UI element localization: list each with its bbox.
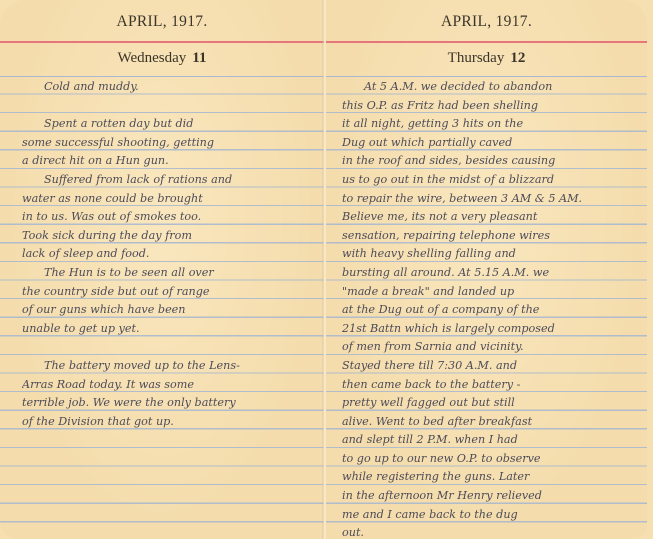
handwritten-line: out. <box>342 524 635 539</box>
weekday-label: Thursday <box>448 50 505 66</box>
handwritten-line: "made a break" and landed up <box>342 283 635 302</box>
handwritten-line: Believe me, its not a very pleasant <box>342 208 635 227</box>
handwritten-line: Dug out which partially caved <box>342 134 635 153</box>
handwritten-line: some successful shooting, getting <box>22 134 312 153</box>
handwritten-line: unable to get up yet. <box>22 320 312 339</box>
handwritten-line: to repair the wire, between 3 AM & 5 AM. <box>342 190 635 209</box>
handwritten-line: alive. Went to bed after breakfast <box>342 413 635 432</box>
handwritten-line: it all night, getting 3 hits on the <box>342 115 635 134</box>
diary-entry-text: Cold and muddy. Spent a rotten day but d… <box>22 78 312 431</box>
handwritten-line: the country side but out of range <box>22 283 312 302</box>
right-page: APRIL, 1917. Thursday12 At 5 A.M. we dec… <box>326 0 647 539</box>
handwritten-line: in the roof and sides, besides causing <box>342 152 635 171</box>
handwritten-line: The battery moved up to the Lens- <box>22 357 312 376</box>
handwritten-line: and slept till 2 P.M. when I had <box>342 431 635 450</box>
handwritten-line: of men from Sarnia and vicinity. <box>342 338 635 357</box>
weekday-label: Wednesday <box>118 50 187 66</box>
day-number: 11 <box>192 50 206 66</box>
day-heading: Wednesday11 <box>0 50 324 67</box>
handwritten-line: Suffered from lack of rations and <box>22 171 312 190</box>
handwritten-line: Stayed there till 7:30 A.M. and <box>342 357 635 376</box>
month-header: APRIL, 1917. <box>0 13 324 31</box>
handwritten-line: 21st Battn which is largely composed <box>342 320 635 339</box>
handwritten-line <box>22 338 312 357</box>
diary-entry-text: At 5 A.M. we decided to abandonthis O.P.… <box>342 78 635 539</box>
handwritten-line: At 5 A.M. we decided to abandon <box>342 78 635 97</box>
handwritten-line: at the Dug out of a company of the <box>342 301 635 320</box>
handwritten-line: bursting all around. At 5.15 A.M. we <box>342 264 635 283</box>
handwritten-line: to go up to our new O.P. to observe <box>342 450 635 469</box>
handwritten-line: pretty well fagged out but still <box>342 394 635 413</box>
handwritten-line <box>22 97 312 116</box>
handwritten-line: Arras Road today. It was some <box>22 376 312 395</box>
handwritten-line: in the afternoon Mr Henry relieved <box>342 487 635 506</box>
diary-spread: APRIL, 1917. Wednesday11 Cold and muddy.… <box>0 0 653 539</box>
handwritten-line: this O.P. as Fritz had been shelling <box>342 97 635 116</box>
handwritten-line: in to us. Was out of smokes too. <box>22 208 312 227</box>
handwritten-line: The Hun is to be seen all over <box>22 264 312 283</box>
handwritten-line: Cold and muddy. <box>22 78 312 97</box>
month-header: APRIL, 1917. <box>326 13 647 31</box>
handwritten-line: a direct hit on a Hun gun. <box>22 152 312 171</box>
handwritten-line: while registering the guns. Later <box>342 468 635 487</box>
handwritten-line: with heavy shelling falling and <box>342 245 635 264</box>
handwritten-line: me and I came back to the dug <box>342 506 635 525</box>
handwritten-line: then came back to the battery - <box>342 376 635 395</box>
handwritten-line: of the Division that got up. <box>22 413 312 432</box>
handwritten-line: of our guns which have been <box>22 301 312 320</box>
red-header-rule <box>0 41 324 43</box>
handwritten-line: us to go out in the midst of a blizzard <box>342 171 635 190</box>
handwritten-line: sensation, repairing telephone wires <box>342 227 635 246</box>
day-number: 12 <box>510 50 525 66</box>
handwritten-line: lack of sleep and food. <box>22 245 312 264</box>
day-heading: Thursday12 <box>326 50 647 67</box>
handwritten-line: water as none could be brought <box>22 190 312 209</box>
left-page: APRIL, 1917. Wednesday11 Cold and muddy.… <box>0 0 324 539</box>
handwritten-line: Took sick during the day from <box>22 227 312 246</box>
handwritten-line: terrible job. We were the only battery <box>22 394 312 413</box>
red-header-rule <box>326 41 647 43</box>
handwritten-line: Spent a rotten day but did <box>22 115 312 134</box>
